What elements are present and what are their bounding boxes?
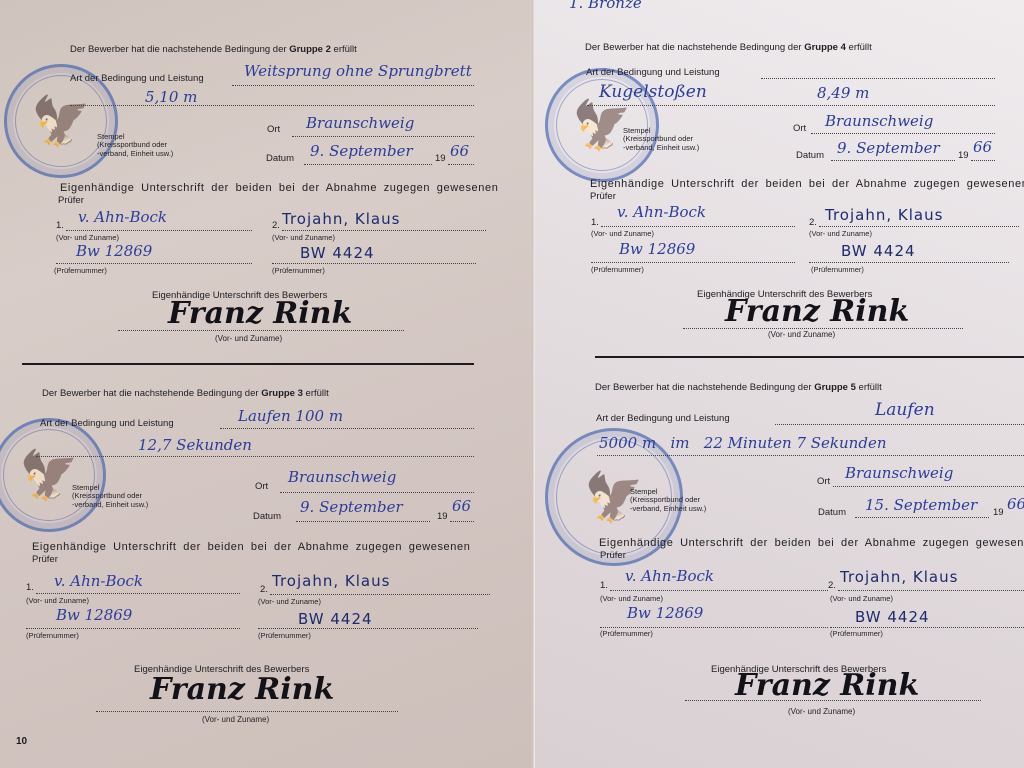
discipline-value: Weitsprung ohne Sprungbrett <box>244 62 472 80</box>
discipline-value: Kugelstoßen <box>599 82 707 102</box>
header-annotation: 1. Bronze <box>569 0 642 12</box>
examiner2-name: Trojahn, Klaus <box>825 206 943 224</box>
year-value: 66 <box>450 142 469 160</box>
ort-value: Braunschweig <box>288 468 396 486</box>
art-label: Art der Bedingung und Leistung <box>40 418 174 429</box>
ort-label: Ort <box>267 124 280 135</box>
art-label: Art der Bedingung und Leistung <box>70 73 204 84</box>
examiner1-name: v. Ahn-Bock <box>617 203 706 221</box>
ort-value: Braunschweig <box>306 114 414 132</box>
applicant-signature: Franz Rink <box>725 294 909 329</box>
group-label: Gruppe 2 <box>289 44 331 55</box>
page-number: 10 <box>16 736 27 747</box>
examiner1-number: Bw 12869 <box>76 242 152 260</box>
datum-value: 9. September <box>300 498 403 516</box>
section-intro: Der Bewerber hat die nachstehende Beding… <box>70 44 357 55</box>
section-intro: Der Bewerber hat die nachstehende Beding… <box>595 382 882 393</box>
examiner2-number: BW 4424 <box>300 244 375 262</box>
examiner2-number: BW 4424 <box>855 608 930 626</box>
examiner1-name: v. Ahn-Bock <box>54 572 143 590</box>
section-divider <box>22 363 474 365</box>
stamp-caption: Stempel(Kreissportbund oder-verband, Ein… <box>630 488 706 513</box>
examiner1-number: Bw 12869 <box>619 240 695 258</box>
examiners-heading: Eigenhändige Unterschrift der beiden bei… <box>599 537 1024 549</box>
eagle-icon: 🦅 <box>31 93 91 150</box>
datum-label: Datum <box>253 511 281 522</box>
datum-value: 9. September <box>837 139 940 157</box>
ort-value: Braunschweig <box>845 464 953 482</box>
group-label: Gruppe 5 <box>814 382 856 393</box>
datum-label: Datum <box>818 507 846 518</box>
art-label: Art der Bedingung und Leistung <box>586 67 720 78</box>
ort-value: Braunschweig <box>825 112 933 130</box>
examiners-heading: Eigenhändige Unterschrift der beiden bei… <box>32 541 470 553</box>
group-label: Gruppe 4 <box>804 42 846 53</box>
examiner1-name: v. Ahn-Bock <box>78 208 167 226</box>
datum-label: Datum <box>796 150 824 161</box>
performance-value: 12,7 Sekunden <box>138 436 252 454</box>
stamp-caption: Stempel(Kreissportbund oder-verband, Ein… <box>97 133 173 158</box>
year-value: 66 <box>452 497 471 515</box>
group-label: Gruppe 3 <box>261 388 303 399</box>
performance-value: 5000 m im 22 Minuten 7 Sekunden <box>599 434 886 452</box>
art-label: Art der Bedingung und Leistung <box>596 413 730 424</box>
ort-label: Ort <box>817 476 830 487</box>
examiners-heading: Eigenhändige Unterschrift der beiden bei… <box>60 182 498 194</box>
examiner2-number: BW 4424 <box>841 242 916 260</box>
examiner2-name: Trojahn, Klaus <box>282 210 400 228</box>
performance-value: 5,10 m <box>145 88 197 106</box>
performance-value: 8,49 m <box>817 84 869 102</box>
examiner1-number: Bw 12869 <box>627 604 703 622</box>
examiner1-name: v. Ahn-Bock <box>625 567 714 585</box>
section-intro: Der Bewerber hat die nachstehende Beding… <box>42 388 329 399</box>
year-value: 66 <box>973 138 992 156</box>
examiner2-number: BW 4424 <box>298 610 373 628</box>
examiner1-number: Bw 12869 <box>56 606 132 624</box>
ort-label: Ort <box>793 123 806 134</box>
examiner2-name: Trojahn, Klaus <box>272 572 390 590</box>
discipline-value: Laufen <box>875 400 935 420</box>
datum-value: 9. September <box>310 142 413 160</box>
applicant-signature: Franz Rink <box>735 668 919 703</box>
datum-label: Datum <box>266 153 294 164</box>
stamp-caption: Stempel(Kreissportbund oder-verband, Ein… <box>623 127 699 152</box>
applicant-signature: Franz Rink <box>168 296 352 331</box>
applicant-signature: Franz Rink <box>150 672 334 707</box>
section-divider <box>595 356 1024 358</box>
right-page: 1. Bronze Der Bewerber hat die nachstehe… <box>535 0 1024 768</box>
left-page: Der Bewerber hat die nachstehende Beding… <box>0 0 535 768</box>
examiner2-name: Trojahn, Klaus <box>840 568 958 586</box>
year-value: 66 <box>1007 495 1024 513</box>
official-stamp: 🦅 <box>0 418 106 532</box>
discipline-value: Laufen 100 m <box>238 407 343 425</box>
stamp-caption: Stempel(Kreissportbund oder-verband, Ein… <box>72 484 148 509</box>
ort-label: Ort <box>255 481 268 492</box>
examiners-heading: Eigenhändige Unterschrift der beiden bei… <box>590 178 1024 190</box>
datum-value: 15. September <box>865 496 977 514</box>
section-intro: Der Bewerber hat die nachstehende Beding… <box>585 42 872 53</box>
